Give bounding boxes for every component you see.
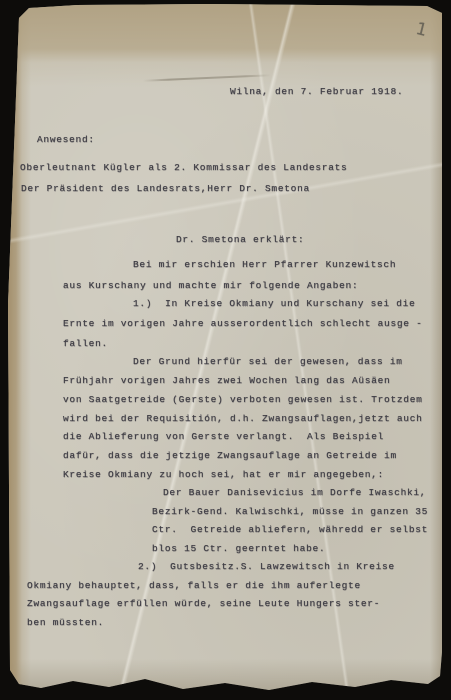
document-page: 1 Wilna, den 7. Februar 1918. Anwesend: … [7, 4, 442, 693]
typed-line: blos 15 Ctr. geerntet habe. [152, 543, 325, 554]
typed-line: Der Grund hierfür sei der gewesen, dass … [133, 356, 403, 367]
typed-line: die Ablieferung von Gerste verlangt. Als… [63, 431, 384, 442]
pencil-stroke [143, 74, 271, 82]
typed-line: Anwesend: [37, 134, 95, 145]
typed-line: Ernte im vorigen Jahre ausserordentlich … [63, 318, 423, 329]
typed-line: von Saatgetreide (Gerste) verboten gewes… [63, 394, 423, 405]
typed-line: Dr. Smetona erklärt: [176, 234, 304, 245]
typed-line: aus Kurschany und machte mir folgende An… [63, 280, 358, 291]
typed-line: dafür, dass die jetzige Zwangsauflage an… [63, 450, 397, 461]
typed-line: 2.) Gutsbesitz.S. Lawzewitsch in Kreise [138, 561, 395, 572]
typed-line: Bei mir erschien Herr Pfarrer Kunzewitsc… [133, 259, 396, 270]
typed-line: Frühjahr vorigen Jahres zwei Wochen lang… [63, 375, 390, 386]
typed-line: wird bei der Requisitión, d.h. Zwangsauf… [63, 413, 423, 424]
typed-line-dateline: Wilna, den 7. Februar 1918. [230, 86, 403, 97]
typed-line: Ctr. Getreide abliefern, währedd er selb… [152, 524, 428, 535]
typed-line: Kreise Okmiany zu hoch sei, hat er mir a… [63, 469, 384, 480]
typed-line: fallen. [63, 338, 108, 349]
typed-line: Der Präsident des Landesrats,Herr Dr. Sm… [21, 183, 310, 194]
scan-background: 1 Wilna, den 7. Februar 1918. Anwesend: … [0, 0, 451, 700]
typed-line: Oberleutnant Kügler als 2. Kommissar des… [20, 162, 347, 173]
typed-line: Okmiany behauptet, dass, falls er die ih… [27, 580, 361, 591]
typed-line: Der Bauer Danisevicius im Dorfe Iwaschki… [163, 487, 426, 498]
typed-line: Zwangsauflage erfüllen würde, seine Leut… [27, 598, 380, 609]
typed-line: ben müssten. [27, 617, 104, 628]
typed-line: 1.) In Kreise Okmiany und Kurschany sei … [133, 298, 416, 309]
typed-line: Bezirk-Gend. Kalwischki, müsse in ganzen… [152, 506, 428, 517]
handwritten-page-number: 1 [414, 19, 429, 41]
